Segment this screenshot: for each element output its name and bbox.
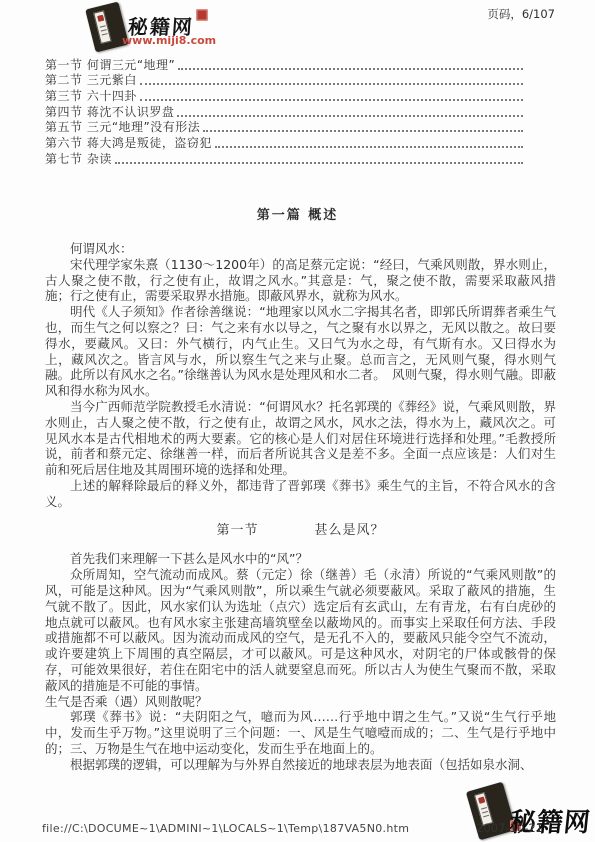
paragraph: 何谓风水： (45, 241, 556, 257)
toc-leader-dots (177, 115, 523, 117)
section-title: 甚么是风？ (315, 523, 385, 538)
paragraph: 上述的解释除最后的释义外，都违背了晋郭璞《葬书》乘生气的主旨，不符合风水的含义。 (45, 478, 556, 510)
section-number: 第一节 (216, 523, 258, 538)
toc-item-label: 第一节 何谓三元“地理” (45, 56, 175, 73)
toc-leader-dots (140, 83, 523, 85)
footer-date: 2007-10-21 (476, 821, 543, 835)
toc-item: 第五节 三元“地理”没有形法 (45, 120, 523, 136)
document-page: 秘籍网 www.miji8.com 页码，6/107 第一节 何谓三元“地理” … (0, 0, 595, 842)
paragraph: 众所周知，空气流动而成风。蔡（元定）徐（继善）毛（永清）所说的“气乘风则散”的风… (45, 567, 556, 693)
body-text: 何谓风水： 宋代理学家朱熹（1130～1200年）的高足蔡元定说：“经曰，气乘风… (45, 241, 556, 773)
toc-item-label: 第三节 六十四卦 (45, 87, 137, 104)
toc-item: 第一节 何谓三元“地理” (45, 57, 523, 73)
toc-leader-dots (203, 130, 523, 132)
seal-icon (196, 9, 208, 21)
paragraph: 明代《人子须知》作者徐善继说：“地理家以风水二字揭其名者，即郭氏所谓葬者乘生气也… (45, 304, 556, 399)
paragraph: 宋代理学家朱熹（1130～1200年）的高足蔡元定说：“经曰，气乘风则散，界水则… (45, 257, 556, 304)
toc-item-label: 第七节 杂读 (45, 150, 112, 167)
toc-item-label: 第二节 三元紫白 (45, 71, 137, 88)
table-of-contents: 第一节 何谓三元“地理” 第二节 三元紫白 第三节 六十四卦 第四节 蒋沈不认识… (45, 57, 523, 167)
chapter-title: 第一篇 概述 (0, 204, 595, 223)
toc-item: 第二节 三元紫白 (45, 73, 523, 89)
paragraph: 首先我们来理解一下甚么是风水中的“风”？ (45, 551, 556, 567)
toc-leader-dots (215, 146, 523, 148)
toc-leader-dots (178, 68, 523, 70)
toc-leader-dots (115, 162, 523, 164)
section-heading: 第一节甚么是风？ (45, 523, 556, 539)
paragraph: 根据郭璞的逻辑，可以理解为与外界自然接近的地球表层为地表面（包括如泉水洞、 (45, 757, 556, 773)
toc-leader-dots (140, 99, 523, 101)
toc-item: 第六节 蒋大鸿是叛徒，盗窃犯 (45, 135, 523, 151)
paragraph: 生气是否乘（遇）风则散呢？ (45, 694, 556, 710)
toc-item: 第三节 六十四卦 (45, 88, 523, 104)
paragraph: 郭璞《葬书》说：“夫阴阳之气，噫而为风……行乎地中谓之生气。”又说“生气行乎地中… (45, 709, 556, 756)
toc-item-label: 第六节 蒋大鸿是叛徒，盗窃犯 (45, 134, 212, 151)
footer-file-path: file://C:\DOCUME~1\ADMINI~1\LOCALS~1\Tem… (42, 822, 409, 835)
page-number: 页码，6/107 (487, 6, 555, 22)
toc-item-label: 第五节 三元“地理”没有形法 (45, 118, 200, 135)
toc-item: 第四节 蒋沈不认识罗盘 (45, 104, 523, 120)
toc-item-label: 第四节 蒋沈不认识罗盘 (45, 103, 174, 120)
toc-item: 第七节 杂读 (45, 151, 523, 167)
site-logo-top: 秘籍网 www.miji8.com (86, 3, 236, 55)
paragraph: 当今广西师范学院教授毛水清说：“何谓风水？托名郭璞的《葬经》说，气乘风则散，界水… (45, 399, 556, 478)
site-url: www.miji8.com (122, 34, 216, 47)
